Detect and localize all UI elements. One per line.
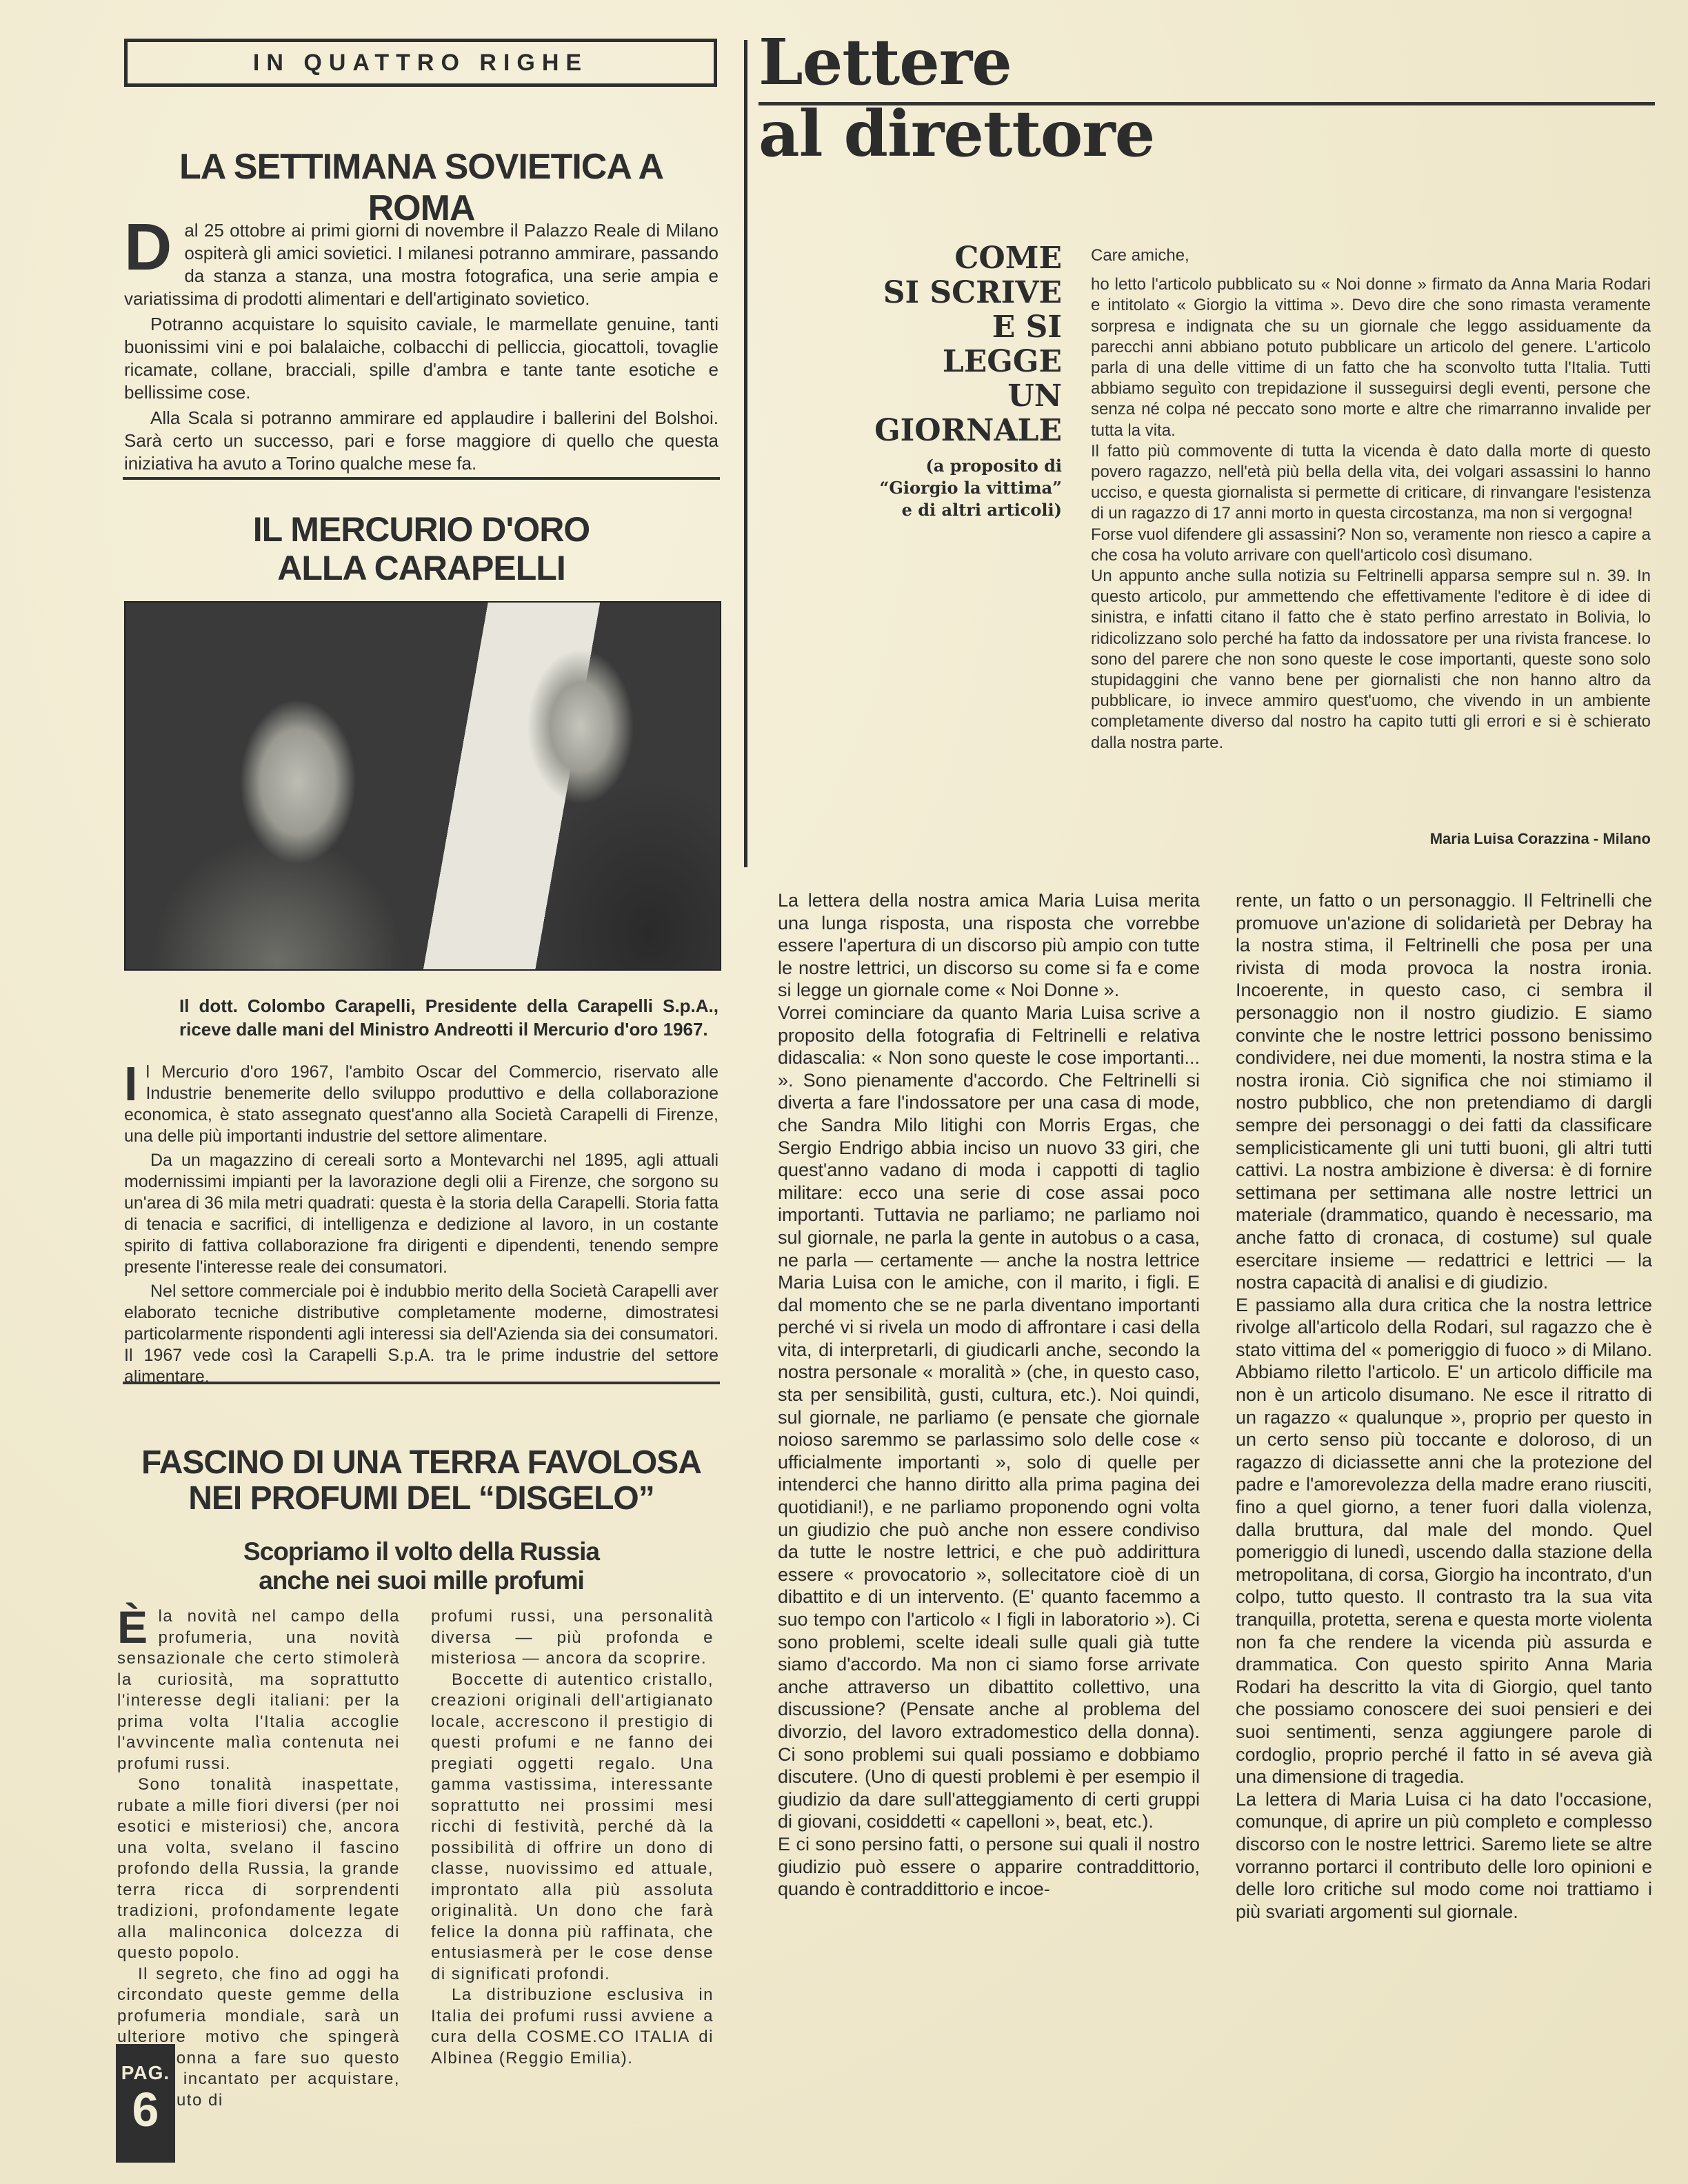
page-label: PAG. <box>116 2062 175 2084</box>
headline-line: GIORNALE <box>772 414 1062 448</box>
perfume-title: FASCINO DI UNA TERRA FAVOLOSA NEI PROFUM… <box>124 1445 719 1517</box>
dropcap: È <box>117 1608 149 1646</box>
letter-headline: COME SI SCRIVE E SI LEGGE UN GIORNALE <box>772 241 1062 448</box>
soviet-week-title: LA SETTIMANA SOVIETICA A ROMA <box>124 146 719 229</box>
perfume-title-line2: NEI PROFUMI DEL “DISGELO” <box>124 1481 719 1517</box>
paragraph: rente, un fatto o un personaggio. Il Fel… <box>1236 889 1652 1294</box>
perfume-subtitle-line2: anche nei suoi mille profumi <box>124 1566 719 1595</box>
paragraph: La lettera di Maria Luisa ci ha dato l'o… <box>1236 1788 1652 1923</box>
column-divider <box>744 40 747 867</box>
paragraph: profumi russi, una personalità diversa —… <box>431 1606 714 1670</box>
reply-col1: La lettera della nostra amica Maria Luis… <box>778 889 1200 1901</box>
divider <box>123 1382 720 1384</box>
headline-line: COME <box>772 241 1062 276</box>
paragraph: la novità nel campo della profumeria, un… <box>117 1606 400 1775</box>
paragraph: Alla Scala si potranno ammirare ed appla… <box>124 407 719 475</box>
paragraph: Il fatto più commovente di tutta la vice… <box>1091 441 1651 525</box>
headline-line: LEGGE <box>772 345 1062 379</box>
divider <box>123 477 720 480</box>
dropcap: I <box>124 1063 137 1104</box>
paragraph: ho letto l'articolo pubblicato su « Noi … <box>1091 274 1651 441</box>
perfume-subtitle: Scopriamo il volto della Russia anche ne… <box>124 1537 719 1595</box>
paragraph: l Mercurio d'oro 1967, l'ambito Oscar de… <box>124 1062 719 1147</box>
mercurio-body: I l Mercurio d'oro 1967, l'ambito Oscar … <box>124 1062 719 1391</box>
headline-line: SI SCRIVE <box>772 276 1062 310</box>
subhead-line: “Giorgio la vittima” <box>772 477 1062 499</box>
page-number: 6 <box>116 2084 175 2135</box>
paragraph: La lettera della nostra amica Maria Luis… <box>778 889 1200 1002</box>
paragraph: al 25 ottobre ai primi giorni di novembr… <box>124 219 719 310</box>
perfume-title-line1: FASCINO DI UNA TERRA FAVOLOSA <box>124 1445 719 1481</box>
perfume-subtitle-line1: Scopriamo il volto della Russia <box>124 1537 719 1566</box>
letter-signature: Maria Luisa Corazzina - Milano <box>1091 830 1651 848</box>
reader-letter: Care amiche, ho letto l'articolo pubblic… <box>1091 245 1651 754</box>
perfume-col2: profumi russi, una personalità diversa —… <box>431 1606 714 2069</box>
headline-line: UN <box>772 379 1062 414</box>
section-banner-label: IN QUATTRO RIGHE <box>253 50 588 77</box>
reply-col2: rente, un fatto o un personaggio. Il Fel… <box>1236 889 1652 1923</box>
paragraph: Potranno acquistare lo squisito caviale,… <box>124 313 719 404</box>
subhead-line: (a proposito di <box>772 455 1062 477</box>
award-photo <box>124 601 721 971</box>
soviet-week-body: D al 25 ottobre ai primi giorni di novem… <box>124 219 719 478</box>
paragraph: Un appunto anche sulla notizia su Feltri… <box>1091 566 1651 754</box>
paragraph: La distribuzione esclusiva in Italia dei… <box>431 1985 714 2069</box>
paragraph: Vorrei cominciare da quanto Maria Luisa … <box>778 1002 1200 1833</box>
dropcap: D <box>124 221 172 274</box>
paragraph: Nel settore commerciale poi è indubbio m… <box>124 1281 719 1388</box>
letter-subhead: (a proposito di “Giorgio la vittima” e d… <box>772 455 1062 521</box>
mercurio-title-line1: IL MERCURIO D'ORO <box>124 510 719 549</box>
page-number-box: PAG. 6 <box>116 2044 175 2163</box>
headline-line: E SI <box>772 310 1062 345</box>
salutation: Care amiche, <box>1091 245 1651 266</box>
paragraph: E ci sono persino fatti, o persone sui q… <box>778 1833 1200 1901</box>
section-banner: IN QUATTRO RIGHE <box>124 39 717 87</box>
photo-caption: Il dott. Colombo Carapelli, Presidente d… <box>179 994 719 1041</box>
paragraph: Boccette di autentico cristallo, creazio… <box>431 1670 714 1985</box>
subhead-line: e di altri articoli) <box>772 499 1062 521</box>
paragraph: E passiamo alla dura critica che la nost… <box>1236 1294 1652 1788</box>
paragraph: Forse vuol difendere gli assassini? Non … <box>1091 525 1651 566</box>
paragraph: Da un magazzino di cereali sorto a Monte… <box>124 1150 719 1278</box>
paragraph: Sono tonalità inaspettate, rubate a mill… <box>117 1775 400 1964</box>
letters-title-line1: Lettere <box>758 30 1012 94</box>
letters-title-line2: al direttore <box>758 102 1154 165</box>
mercurio-title-line2: ALLA CARAPELLI <box>124 549 719 587</box>
perfume-col1: È la novità nel campo della profumeria, … <box>117 1606 400 2111</box>
mercurio-title: IL MERCURIO D'ORO ALLA CARAPELLI <box>124 510 719 587</box>
